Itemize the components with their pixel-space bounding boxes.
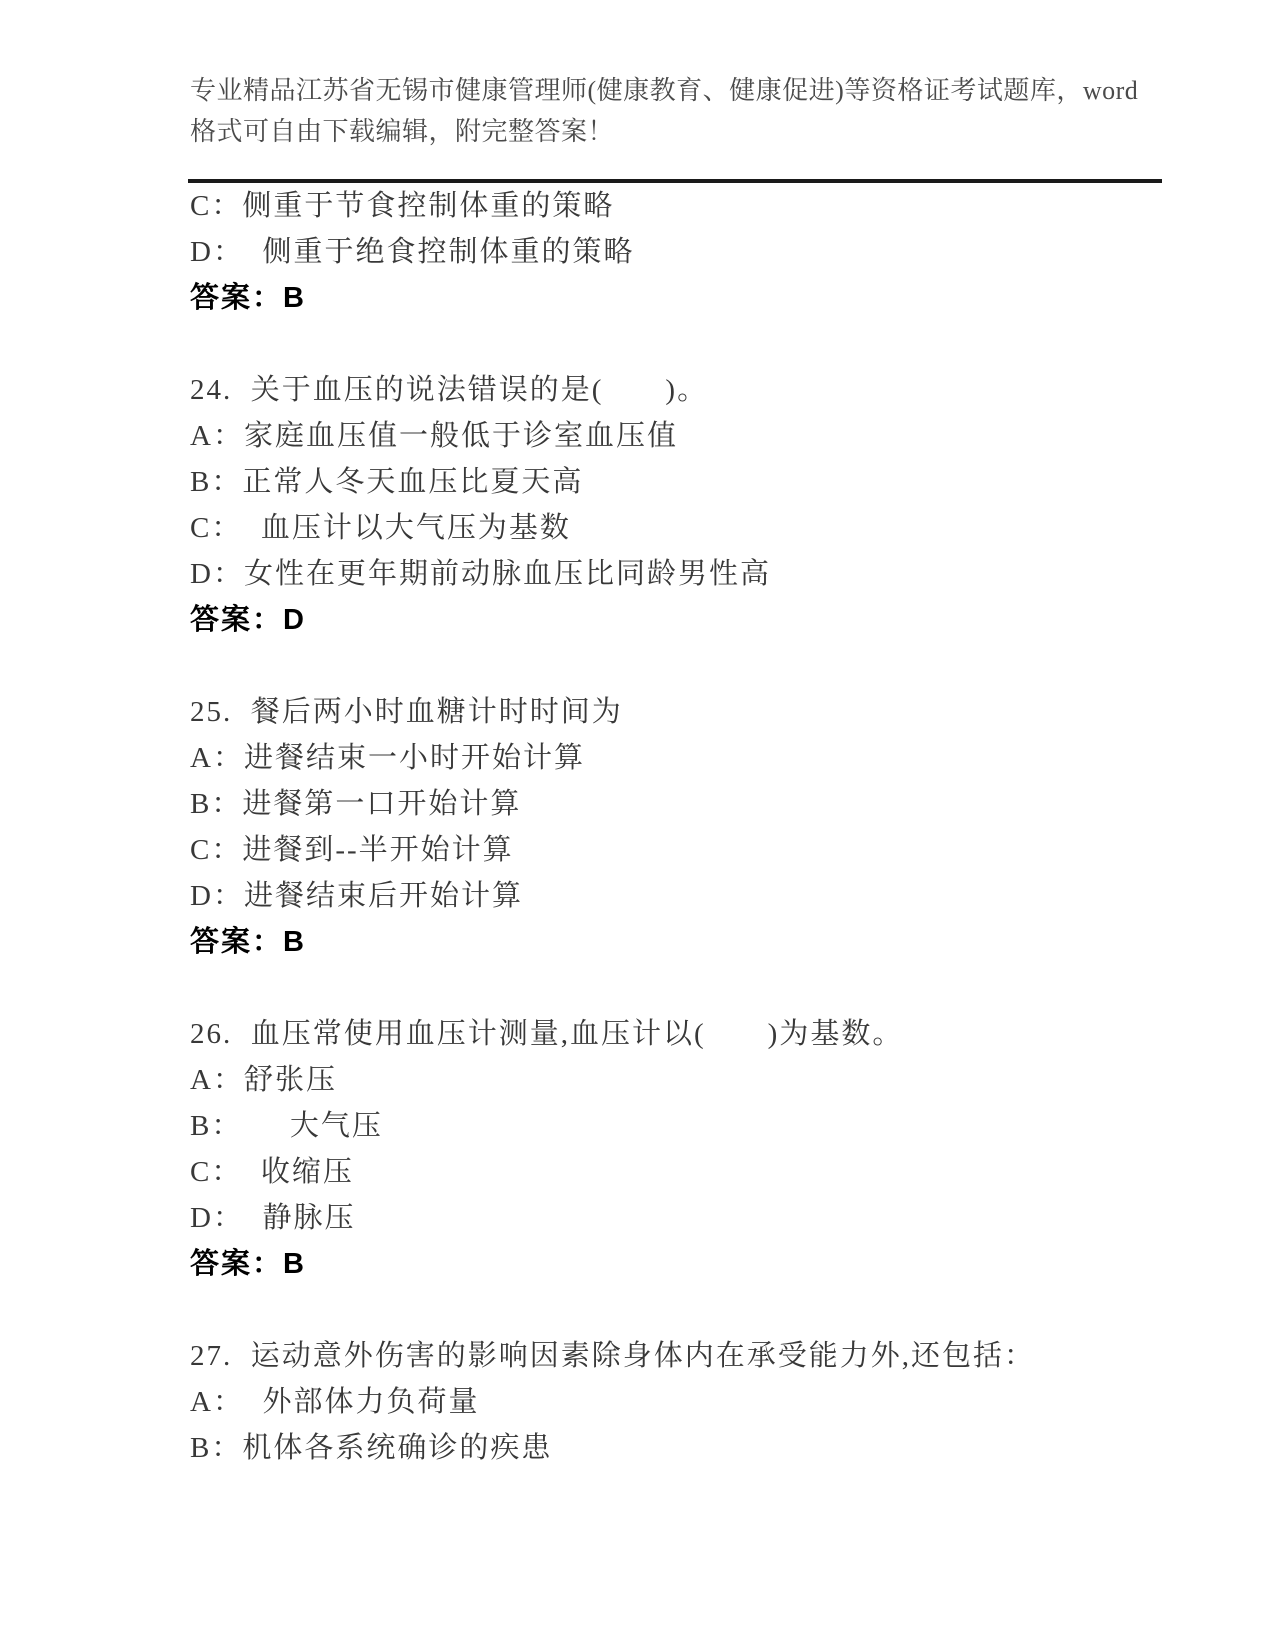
question-24-answer: 答案：D <box>190 597 1275 643</box>
question-24-option-c: C： 血压计以大气压为基数 <box>190 505 1275 551</box>
question-25-answer: 答案：B <box>190 919 1275 965</box>
question-26-answer: 答案：B <box>190 1241 1275 1287</box>
header-text-line1: 专业精品江苏省无锡市健康管理师(健康教育、健康促进)等资格证考试题库，word <box>190 70 1165 111</box>
question-25-option-a: A：进餐结束一小时开始计算 <box>190 735 1275 781</box>
question-24-option-b: B：正常人冬天血压比夏天高 <box>190 459 1275 505</box>
question-25-text: 25. 餐后两小时血糖计时时间为 <box>190 689 1275 735</box>
question-24-option-d: D：女性在更年期前动脉血压比同龄男性高 <box>190 551 1275 597</box>
question-25-option-b: B：进餐第一口开始计算 <box>190 781 1275 827</box>
question-26-option-b: B： 大气压 <box>190 1103 1275 1149</box>
spacer <box>190 965 1275 1011</box>
document-page: 专业精品江苏省无锡市健康管理师(健康教育、健康促进)等资格证考试题库，word … <box>0 0 1275 1650</box>
question-23-answer: 答案：B <box>190 275 1275 321</box>
document-body: C：侧重于节食控制体重的策略 D： 侧重于绝食控制体重的策略 答案：B 24. … <box>0 183 1275 1471</box>
question-26-option-d: D： 静脉压 <box>190 1195 1275 1241</box>
question-24-text: 24. 关于血压的说法错误的是( )。 <box>190 367 1275 413</box>
question-23-option-d: D： 侧重于绝食控制体重的策略 <box>190 229 1275 275</box>
question-27-option-a: A： 外部体力负荷量 <box>190 1379 1275 1425</box>
question-27-text: 27. 运动意外伤害的影响因素除身体内在承受能力外,还包括： <box>190 1333 1275 1379</box>
question-26-option-a: A：舒张压 <box>190 1057 1275 1103</box>
spacer <box>190 321 1275 367</box>
question-25-option-c: C：进餐到--半开始计算 <box>190 827 1275 873</box>
spacer <box>190 643 1275 689</box>
document-header: 专业精品江苏省无锡市健康管理师(健康教育、健康促进)等资格证考试题库，word … <box>0 0 1165 183</box>
question-23-option-c: C：侧重于节食控制体重的策略 <box>190 183 1275 229</box>
question-24-option-a: A：家庭血压值一般低于诊室血压值 <box>190 413 1275 459</box>
question-25-option-d: D：进餐结束后开始计算 <box>190 873 1275 919</box>
question-26-text: 26. 血压常使用血压计测量,血压计以( )为基数。 <box>190 1011 1275 1057</box>
question-26-option-c: C： 收缩压 <box>190 1149 1275 1195</box>
spacer <box>190 1287 1275 1333</box>
question-27-option-b: B：机体各系统确诊的疾患 <box>190 1425 1275 1471</box>
header-text-line2: 格式可自由下载编辑，附完整答案！ <box>190 111 1165 152</box>
